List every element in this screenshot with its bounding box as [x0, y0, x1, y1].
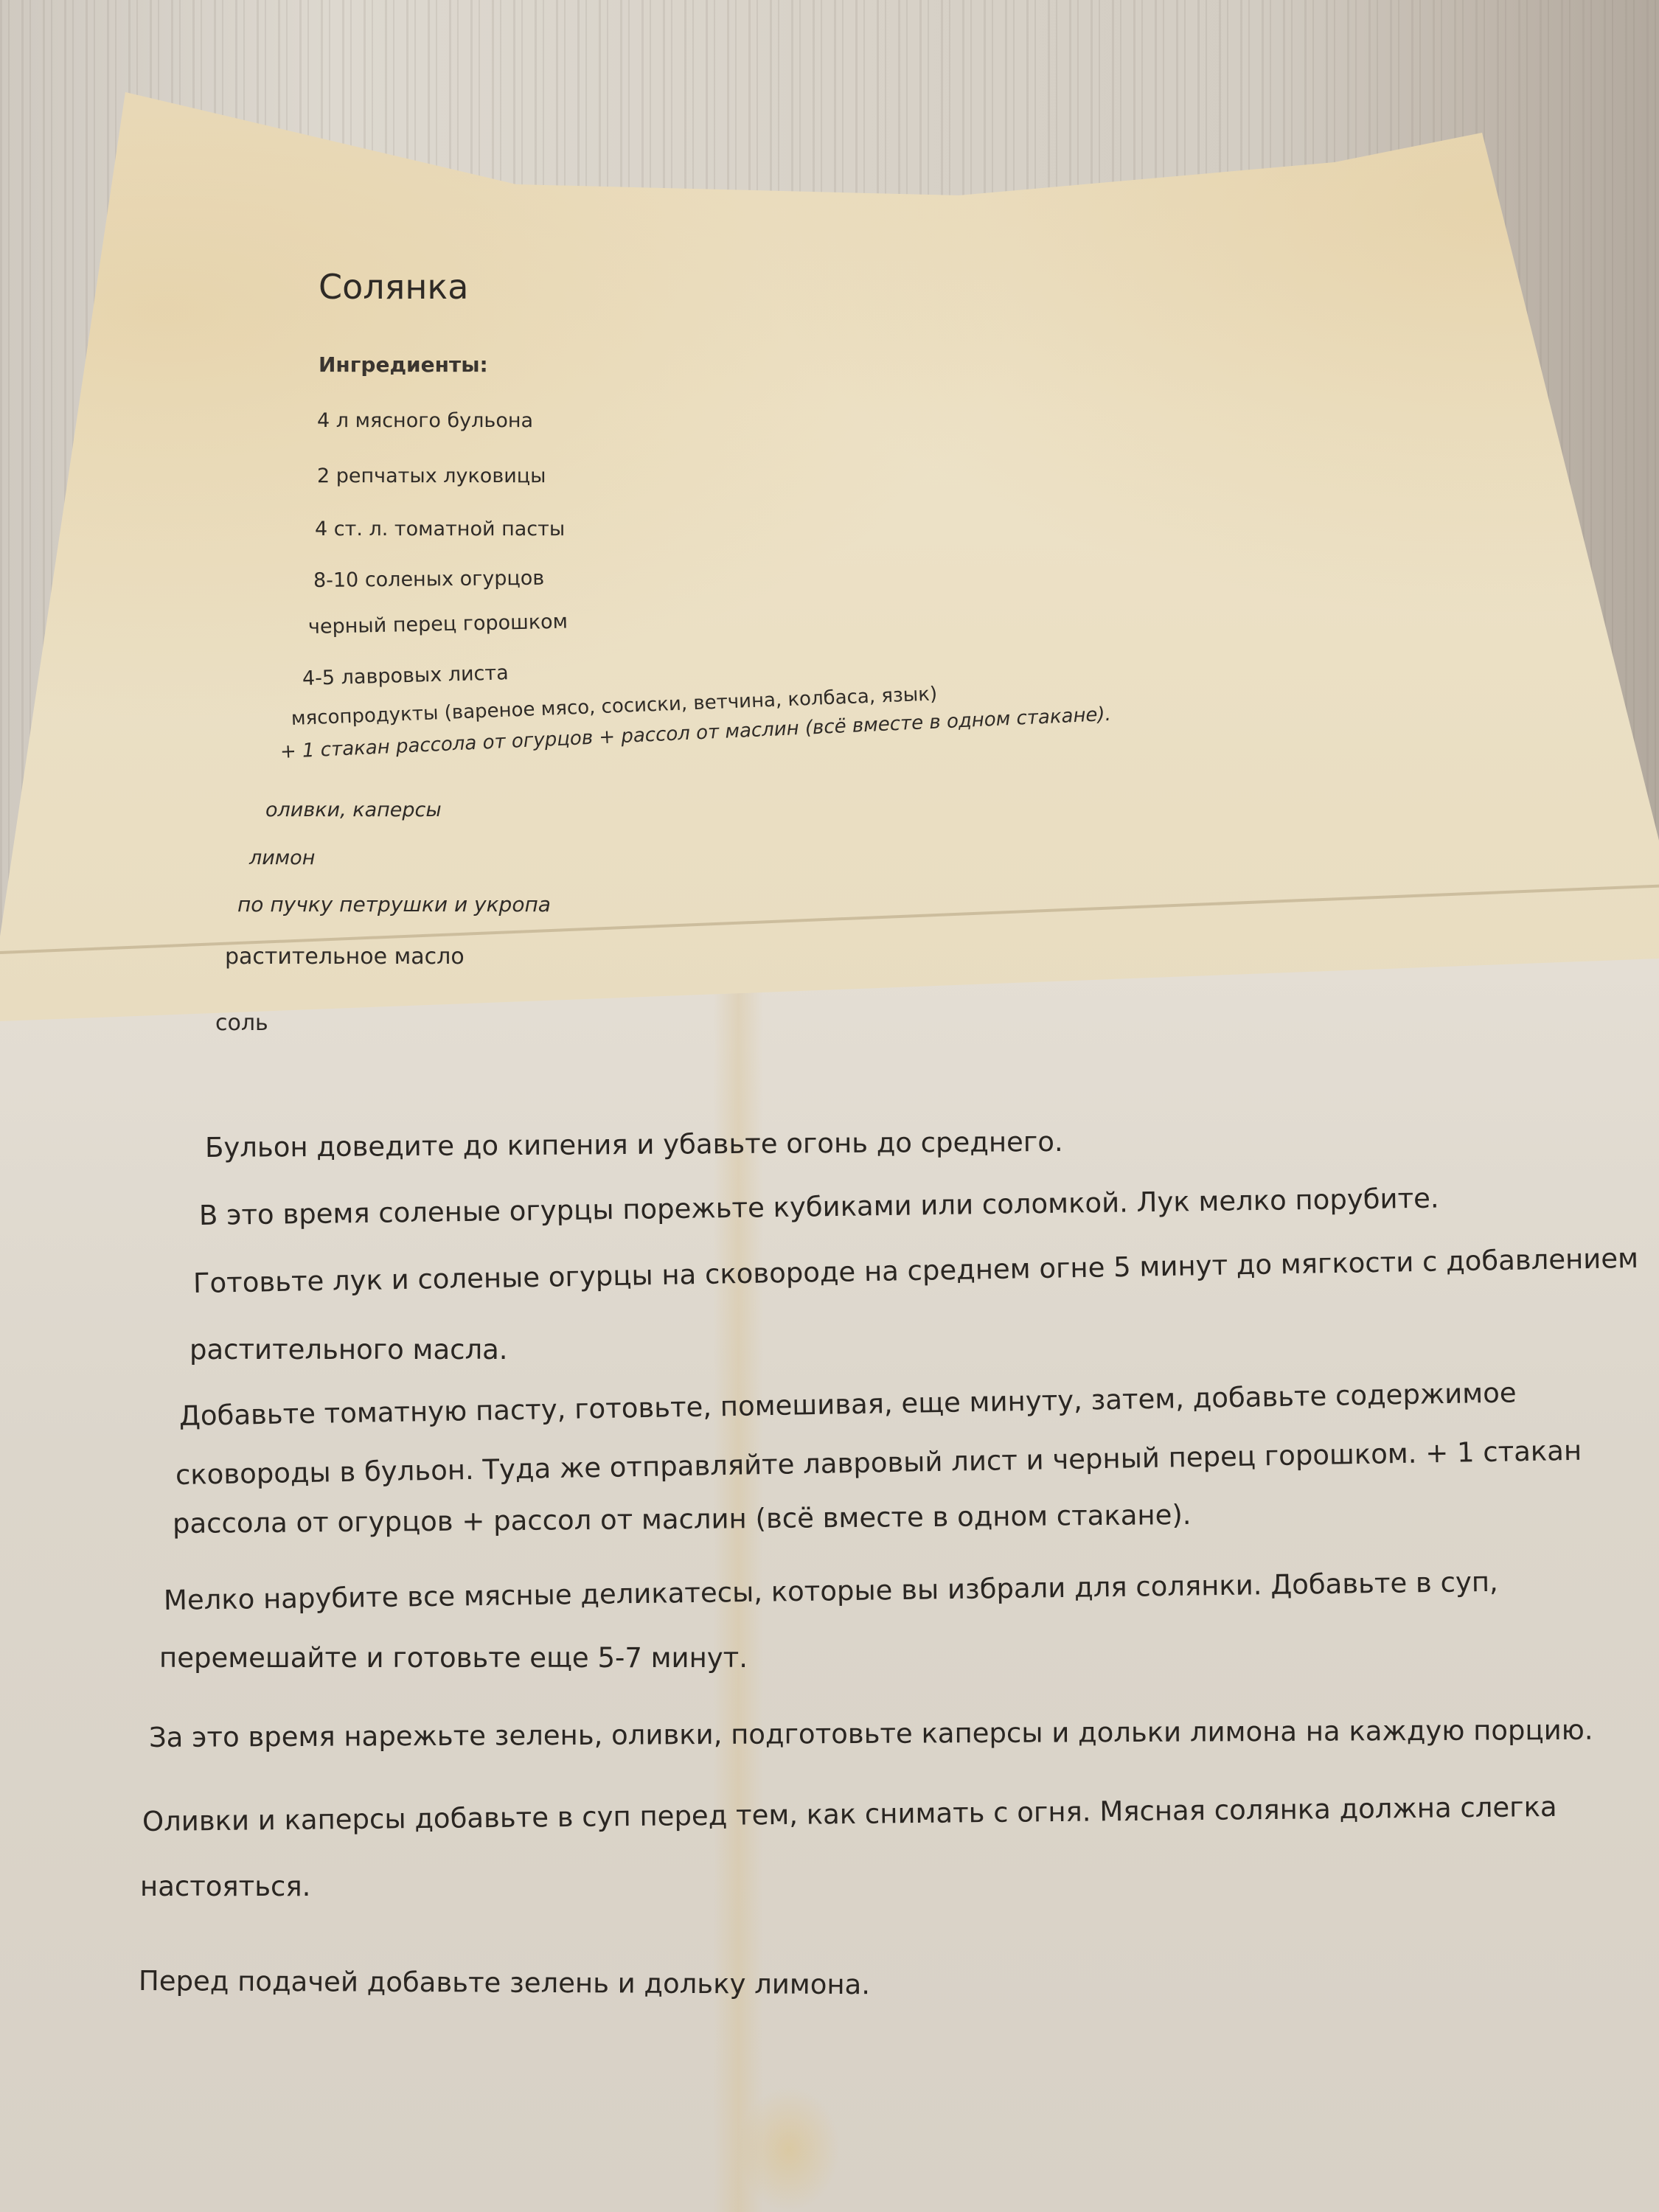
step-4-line-3: рассола от огурцов + рассол от маслин (в… — [173, 1501, 1192, 1537]
step-7-line-2: настояться. — [140, 1873, 310, 1900]
step-5-line-2: перемешайте и готовьте еще 5-7 минут. — [159, 1644, 748, 1672]
recipe-title: Солянка — [319, 267, 468, 307]
ingredient-item: соль — [215, 1010, 268, 1036]
top-paper-sheet — [0, 0, 1659, 1032]
ingredient-item: растительное масло — [225, 944, 465, 970]
step-8: Перед подачей добавьте зелень и дольку л… — [139, 1967, 870, 1998]
step-6: За это время нарежьте зелень, оливки, по… — [149, 1717, 1593, 1751]
ingredient-item: 4 ст. л. томатной пасты — [315, 518, 565, 540]
paper-stain — [737, 2087, 841, 2212]
ingredient-item: 4 л мясного бульона — [317, 409, 533, 432]
ingredients-heading: Ингредиенты: — [319, 352, 488, 377]
ingredient-item: лимон — [249, 846, 315, 869]
ingredient-item: 2 репчатых луковицы — [317, 465, 546, 487]
step-1: Бульон доведите до кипения и убавьте ого… — [205, 1128, 1063, 1161]
ingredient-item: 8-10 соленых огурцов — [313, 567, 545, 592]
ingredient-item: оливки, каперсы — [265, 799, 442, 821]
ingredient-item: по пучку петрушки и укропа — [237, 892, 551, 917]
step-3-line-2: растительного масла. — [189, 1336, 508, 1363]
